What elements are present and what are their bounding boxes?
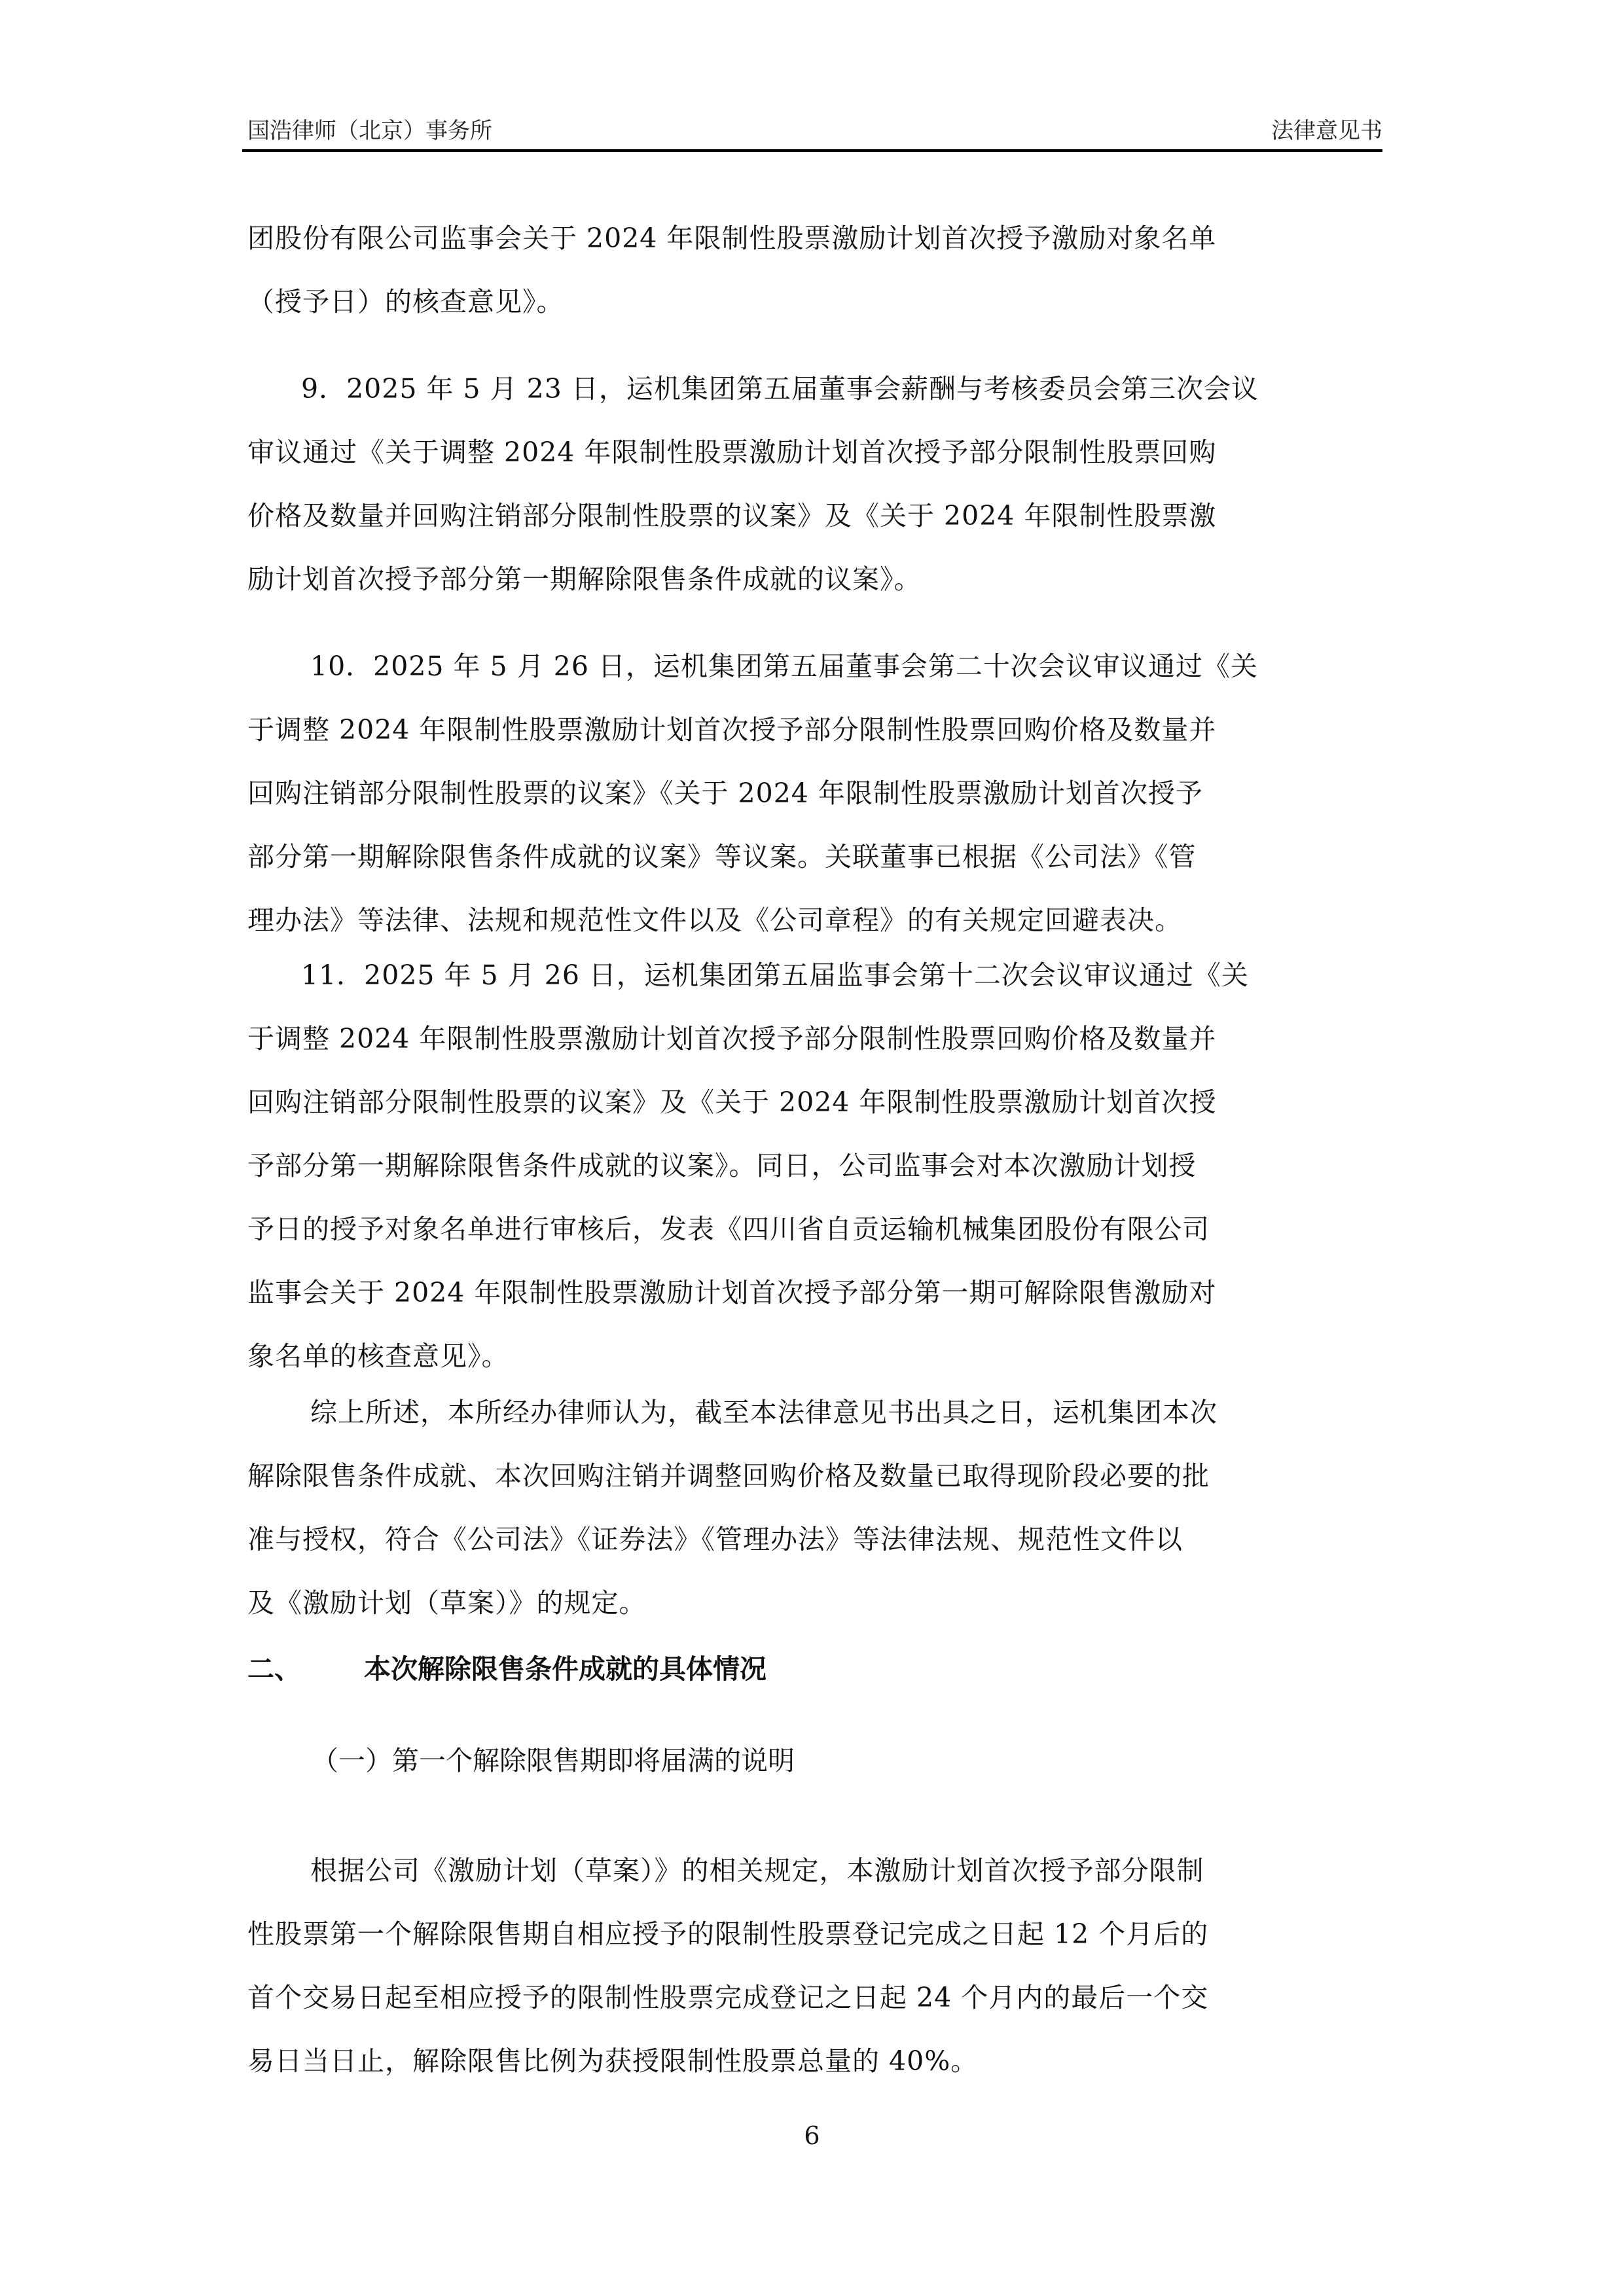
text-line: 团股份有限公司监事会关于 2024 年限制性股票激励计划首次授予激励对象名单	[247, 207, 1382, 270]
text-line: 励计划首次授予部分第一期解除限售条件成就的议案》。	[247, 548, 1382, 611]
text-line: 10．2025 年 5 月 26 日，运机集团第五届董事会第二十次会议审议通过《…	[247, 635, 1382, 698]
text-line: 及《激励计划（草案）》的规定。	[247, 1571, 1382, 1635]
header-firm-name: 国浩律师（北京）事务所	[247, 117, 492, 145]
page-header: 国浩律师（北京）事务所 法律意见书	[242, 117, 1382, 149]
text-line: 11．2025 年 5 月 26 日，运机集团第五届监事会第十二次会议审议通过《…	[247, 944, 1382, 1007]
text-line: 于调整 2024 年限制性股票激励计划首次授予部分限制性股票回购价格及数量并	[247, 698, 1382, 762]
text-line: 回购注销部分限制性股票的议案》及《关于 2024 年限制性股票激励计划首次授	[247, 1071, 1382, 1134]
header-document-type: 法律意见书	[1271, 117, 1382, 145]
text-line: 9．2025 年 5 月 23 日，运机集团第五届董事会薪酬与考核委员会第三次会…	[247, 357, 1382, 421]
text-line: 象名单的核查意见》。	[247, 1325, 1382, 1388]
subsection-heading: （一）第一个解除限售期即将届满的说明	[312, 1741, 795, 1780]
page-number: 6	[0, 2119, 1624, 2152]
section-heading: 二、本次解除限售条件成就的具体情况	[247, 1649, 767, 1689]
text-line: 易日当日止，解除限售比例为获授限制性股票总量的 40%。	[247, 2030, 1382, 2093]
paragraph-summary: 综上所述，本所经办律师认为，截至本法律意见书出具之日，运机集团本次 解除限售条件…	[247, 1381, 1382, 1635]
paragraph-unlock-period-rule: 根据公司《激励计划（草案）》的相关规定，本激励计划首次授予部分限制 性股票第一个…	[247, 1839, 1382, 2093]
text-line: 回购注销部分限制性股票的议案》《关于 2024 年限制性股票激励计划首次授予	[247, 762, 1382, 825]
paragraph-item-11: 11．2025 年 5 月 26 日，运机集团第五届监事会第十二次会议审议通过《…	[247, 944, 1382, 1388]
header-divider	[242, 149, 1382, 152]
text-line: 予部分第一期解除限售条件成就的议案》。同日，公司监事会对本次激励计划授	[247, 1134, 1382, 1198]
text-line: 理办法》等法律、法规和规范性文件以及《公司章程》的有关规定回避表决。	[247, 889, 1382, 952]
text-line: 予日的授予对象名单进行审核后，发表《四川省自贡运输机械集团股份有限公司	[247, 1198, 1382, 1261]
text-line: 价格及数量并回购注销部分限制性股票的议案》及《关于 2024 年限制性股票激	[247, 484, 1382, 548]
text-line: 准与授权，符合《公司法》《证券法》《管理办法》等法律法规、规范性文件以	[247, 1508, 1382, 1571]
text-line: 性股票第一个解除限售期自相应授予的限制性股票登记完成之日起 12 个月后的	[247, 1903, 1382, 1966]
section-number: 二、	[247, 1649, 364, 1689]
text-line: 监事会关于 2024 年限制性股票激励计划首次授予部分第一期可解除限售激励对	[247, 1261, 1382, 1325]
text-line: 综上所述，本所经办律师认为，截至本法律意见书出具之日，运机集团本次	[247, 1381, 1382, 1444]
text-line: （授予日）的核查意见》。	[247, 270, 1382, 334]
text-line: 于调整 2024 年限制性股票激励计划首次授予部分限制性股票回购价格及数量并	[247, 1007, 1382, 1071]
text-line: 部分第一期解除限售条件成就的议案》等议案。关联董事已根据《公司法》《管	[247, 825, 1382, 889]
paragraph-item-9: 9．2025 年 5 月 23 日，运机集团第五届董事会薪酬与考核委员会第三次会…	[247, 357, 1382, 611]
text-line: 首个交易日起至相应授予的限制性股票完成登记之日起 24 个月内的最后一个交	[247, 1966, 1382, 2030]
text-line: 审议通过《关于调整 2024 年限制性股票激励计划首次授予部分限制性股票回购	[247, 421, 1382, 484]
section-title: 本次解除限售条件成就的具体情况	[364, 1653, 767, 1685]
paragraph-item-10: 10．2025 年 5 月 26 日，运机集团第五届董事会第二十次会议审议通过《…	[247, 635, 1382, 952]
paragraph-continuation: 团股份有限公司监事会关于 2024 年限制性股票激励计划首次授予激励对象名单 （…	[247, 207, 1382, 334]
text-line: 根据公司《激励计划（草案）》的相关规定，本激励计划首次授予部分限制	[247, 1839, 1382, 1903]
text-line: 解除限售条件成就、本次回购注销并调整回购价格及数量已取得现阶段必要的批	[247, 1444, 1382, 1508]
